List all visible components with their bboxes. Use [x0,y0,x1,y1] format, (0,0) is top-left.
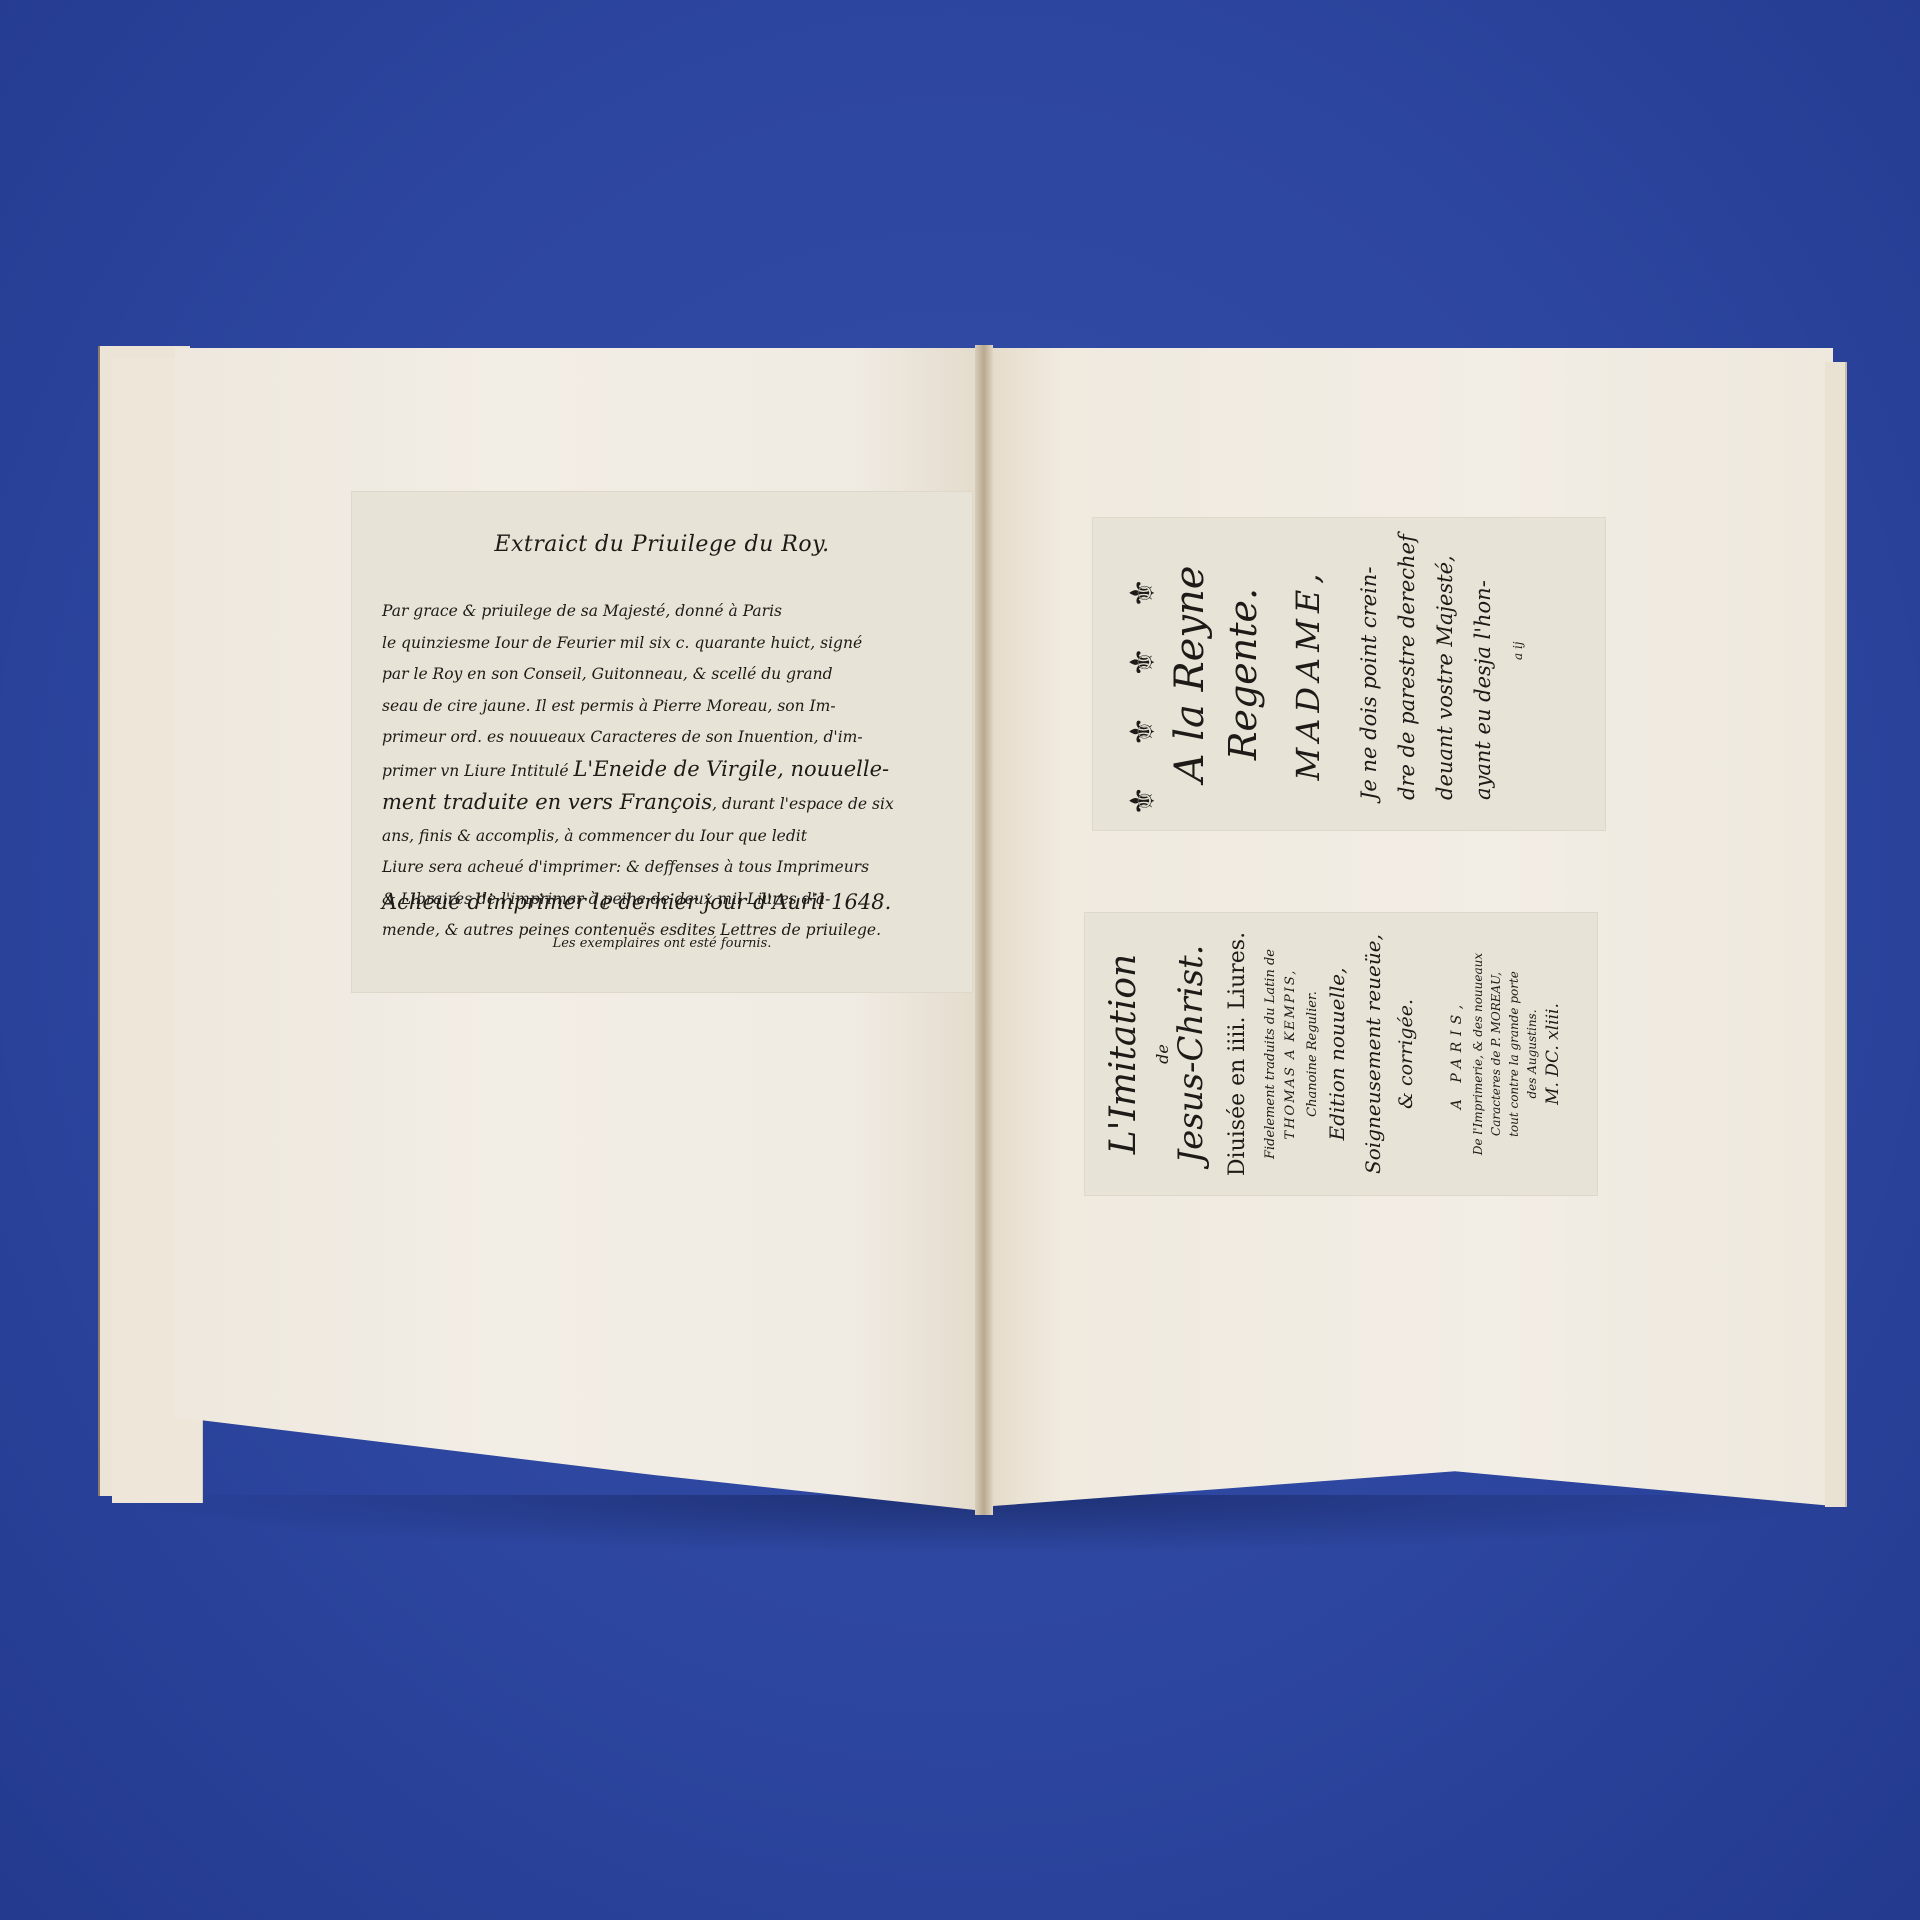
dedication-rotated-content: ⚜ ⚜ ⚜ ⚜ A la Reyne Regente. MADAME, Je n… [1093,518,1605,830]
privilege-line: ans, finis & accomplis, à commencer du I… [382,821,950,853]
dedication-line: Je ne dois point crein- [1357,540,1381,800]
privilege-plate: Extraict du Priuilege du Roy. Par grace … [352,492,972,992]
copies-note: Les exemplaires ont esté fournis. [352,936,972,951]
translated-line: Fidelement traduits du Latin de [1263,913,1278,1195]
author-line: THOMAS A KEMPIS, [1283,913,1298,1195]
right-deckle-edge [1825,362,1847,1507]
privilege-line: primer vn Liure Intitulé L'Eneide de Vir… [382,754,950,788]
signature-mark: a ij [1511,641,1525,660]
title-rotated-content: L'Imitation de Jesus-Christ. Diuisée en … [1085,913,1597,1195]
printer-line: De l'Imprimerie, & des nouueaux [1471,913,1485,1195]
title-page-plate: L'Imitation de Jesus-Christ. Diuisée en … [1085,913,1597,1195]
privilege-line: par le Roy en son Conseil, Guitonneau, &… [382,659,950,691]
fleur-de-lis-ornament-icon: ⚜ ⚜ ⚜ ⚜ [1123,564,1163,816]
place-line: A PARIS, [1449,913,1465,1195]
title-subject: Jesus-Christ. [1171,913,1211,1195]
dedication-line: deuant vostre Majesté, [1433,540,1457,800]
printing-completed-line: Acheué d'imprimer le dernier jour d'Auri… [382,890,952,914]
book-gutter [975,345,993,1515]
edition-line: Edition nouuelle, [1325,913,1349,1195]
author-role: Chanoine Regulier. [1305,913,1320,1195]
printer-line: Caracteres de P. MOREAU, [1489,913,1503,1195]
privilege-line: primeur ord. es nouueaux Caracteres de s… [382,722,950,754]
main-title: L'Imitation [1103,913,1144,1195]
revised-line: Soigneusement reueüe, [1361,913,1385,1195]
dedication-heading: A la Reyne [1167,518,1213,830]
privilege-title: Extraict du Priuilege du Roy. [352,532,972,557]
book-title-eneide: L'Eneide de Virgile, nouuelle- [573,757,889,781]
privilege-line: seau de cire jaune. Il est permis à Pier… [382,691,950,723]
dedication-plate: ⚜ ⚜ ⚜ ⚜ A la Reyne Regente. MADAME, Je n… [1093,518,1605,830]
title-de: de [1153,913,1172,1195]
privilege-line: ment traduite en vers François, durant l… [382,787,950,821]
divided-line: Diuisée en iiii. Liures. [1225,913,1250,1195]
dedication-heading-2: Regente. [1221,518,1265,830]
corrected-line: & corrigée. [1395,913,1417,1195]
printer-line: tout contre la grande porte [1507,913,1521,1195]
printer-line: des Augustins. [1525,913,1539,1195]
privilege-line: le quinziesme Iour de Feurier mil six c.… [382,628,950,660]
salutation: MADAME, [1289,518,1327,830]
dedication-line: ayant eu desja l'hon- [1471,540,1495,800]
privilege-line: Par grace & priuilege de sa Majesté, don… [382,596,950,628]
dedication-line: dre de parestre derechef [1395,540,1419,800]
date-line: M. DC. xliii. [1543,913,1563,1195]
privilege-line: Liure sera acheué d'imprimer: & deffense… [382,852,950,884]
